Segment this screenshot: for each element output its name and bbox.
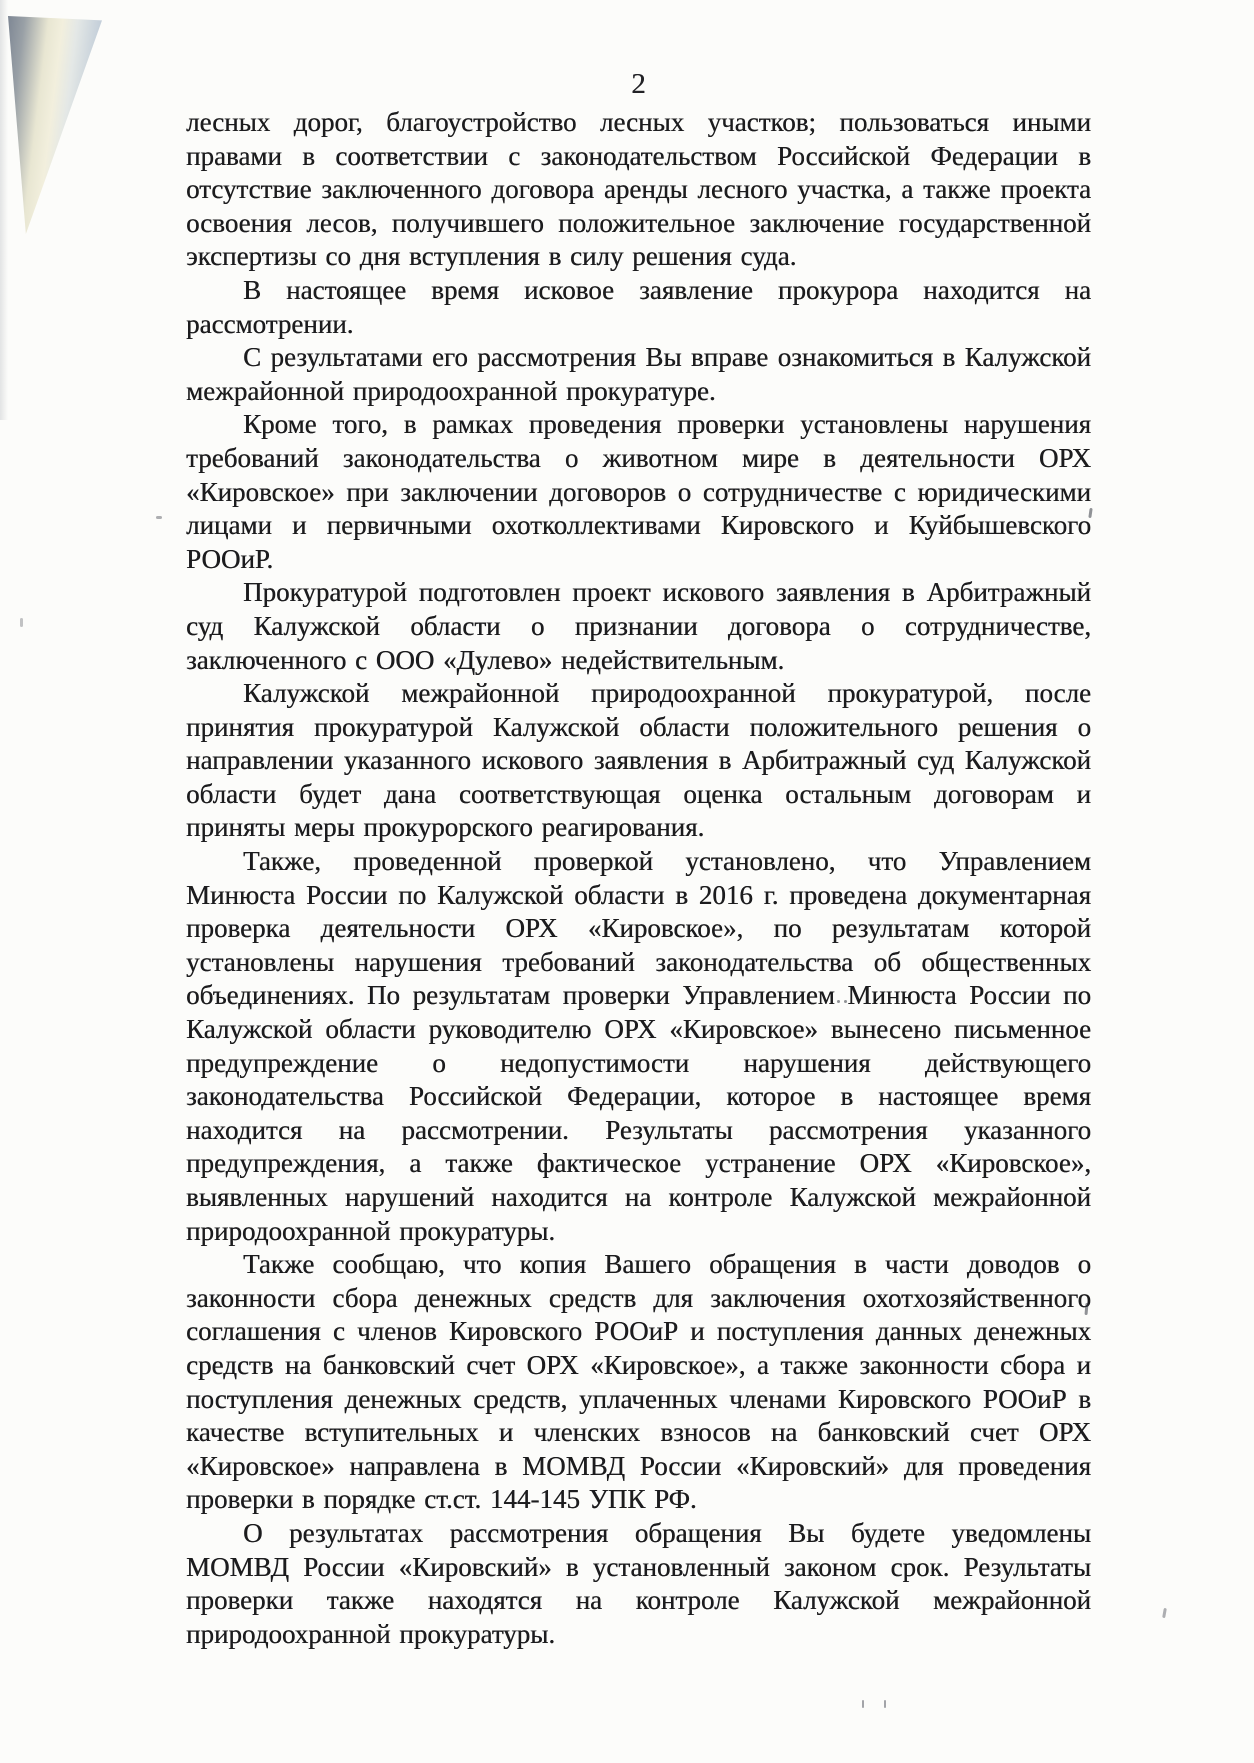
scan-speck <box>837 1000 840 1003</box>
paragraph-review-results-access: С результатами его рассмотрения Вы вправ… <box>186 341 1091 408</box>
scan-speck <box>899 352 902 355</box>
scan-speck <box>884 1700 886 1708</box>
scan-speck <box>20 618 23 627</box>
paragraph-funds-collection-check: Также сообщаю, что копия Вашего обращени… <box>186 1248 1091 1517</box>
scan-speck <box>156 516 162 519</box>
paragraph-forest-rights-continuation: лесных дорог, благоустройство лесных уча… <box>186 106 1091 274</box>
scanned-document-page: 2 лесных дорог, благоустройство лесных у… <box>0 0 1254 1763</box>
scan-speck <box>1088 508 1092 518</box>
scan-speck <box>844 1000 847 1003</box>
paragraph-minjust-inspection: Также, проведенной проверкой установлено… <box>186 845 1091 1248</box>
paragraph-notification-of-results: О результатах рассмотрения обращения Вы … <box>186 1517 1091 1651</box>
paragraph-arbitration-claim-draft: Прокуратурой подготовлен проект искового… <box>186 576 1091 677</box>
scan-speck <box>862 1700 864 1708</box>
paragraph-wildlife-law-violations: Кроме того, в рамках проведения проверки… <box>186 408 1091 576</box>
scan-edge-shadow <box>0 0 8 420</box>
page-number: 2 <box>186 68 1091 101</box>
paragraph-claim-under-review: В настоящее время исковое заявление прок… <box>186 274 1091 341</box>
letter-body: лесных дорог, благоустройство лесных уча… <box>186 106 1091 1651</box>
scan-speck <box>1162 1608 1167 1618</box>
paragraph-assessment-of-contracts: Калужской межрайонной природоохранной пр… <box>186 677 1091 845</box>
page-corner-fold-artifact <box>8 16 102 234</box>
